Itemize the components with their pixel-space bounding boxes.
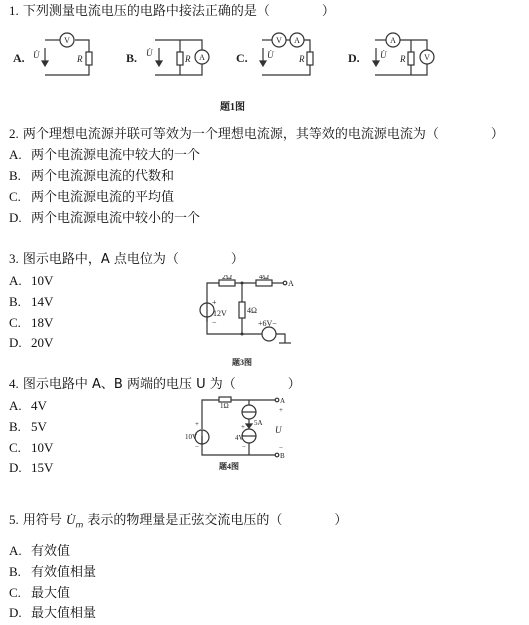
question-1-stem: 1. 下列测量电流电压的电路中接法正确的是（ ） xyxy=(9,3,335,20)
question-text: 图示电路中，A 点电位为（ ） xyxy=(23,252,244,267)
option-2b[interactable]: B.两个电流源电流的代数和 xyxy=(9,168,174,185)
svg-text:U: U xyxy=(275,425,282,435)
option-4d[interactable]: D.15V xyxy=(9,460,53,477)
svg-text:4Ω: 4Ω xyxy=(247,306,257,315)
svg-text:+: + xyxy=(241,423,245,431)
voltmeter-icon: V xyxy=(276,36,282,45)
question-number: 1. xyxy=(9,3,19,18)
svg-text:U̇: U̇ xyxy=(146,48,153,58)
svg-text:R: R xyxy=(184,54,191,64)
option-5b[interactable]: B.有效值相量 xyxy=(9,564,96,581)
figure-caption-q4: 题4图 xyxy=(219,461,239,472)
question-3-stem: 3. 图示电路中，A 点电位为（ ） xyxy=(9,251,244,268)
svg-text:4Ω: 4Ω xyxy=(259,275,269,281)
svg-text:+6V−: +6V− xyxy=(258,319,277,328)
question-5-stem: 5. 用符号 U̇m 表示的物理量是正弦交流电压的（ ） xyxy=(9,512,347,534)
question-text: 下列测量电流电压的电路中接法正确的是（ ） xyxy=(23,4,335,19)
option-5d[interactable]: D.最大值相量 xyxy=(9,605,96,622)
circuit-label-c: C. xyxy=(236,51,248,65)
svg-text:A: A xyxy=(288,279,294,288)
option-3d[interactable]: D.20V xyxy=(9,335,53,352)
option-2a[interactable]: A.两个电流源电流中较大的一个 xyxy=(9,147,200,164)
figure-caption-q1: 题1图 xyxy=(220,98,245,113)
question-2-stem: 2. 两个理想电流源并联可等效为一个理想电流源，其等效的电流源电流为（ ） xyxy=(9,126,504,143)
option-3b[interactable]: B.14V xyxy=(9,294,53,311)
circuit-label-a: A. xyxy=(13,51,25,65)
option-4a[interactable]: A.4V xyxy=(9,398,47,415)
figure-q4-circuit: 1Ω A + B − 10V + − 5A 4V + − U xyxy=(175,393,295,463)
figure-caption-q3: 题3图 xyxy=(232,357,252,368)
svg-text:+: + xyxy=(212,298,217,307)
question-text: 图示电路中 A、B 两端的电压 U 为（ ） xyxy=(23,377,301,392)
figure-q3-circuit: 2Ω 4Ω A 4Ω + 12V − +6V− xyxy=(195,275,305,355)
ammeter-icon: A xyxy=(294,36,300,45)
svg-text:1Ω: 1Ω xyxy=(220,402,229,410)
svg-text:10V: 10V xyxy=(185,433,197,441)
option-3c[interactable]: C.18V xyxy=(9,315,53,332)
question-number: 2. xyxy=(9,126,19,141)
option-4c[interactable]: C.10V xyxy=(9,440,53,457)
option-3a[interactable]: A.10V xyxy=(9,273,53,290)
svg-text:5A: 5A xyxy=(254,419,263,427)
svg-text:R: R xyxy=(399,54,406,64)
option-5c[interactable]: C.最大值 xyxy=(9,585,70,602)
voltmeter-icon: V xyxy=(64,36,70,45)
option-2c[interactable]: C.两个电流源电流的平均值 xyxy=(9,189,174,206)
question-number: 3. xyxy=(9,251,19,266)
svg-text:U̇: U̇ xyxy=(380,50,387,60)
question-text: 两个理想电流源并联可等效为一个理想电流源，其等效的电流源电流为（ ） xyxy=(23,127,504,142)
option-4b[interactable]: B.5V xyxy=(9,419,47,436)
circuit-label-d: D. xyxy=(348,51,360,65)
svg-text:4V: 4V xyxy=(235,434,244,442)
svg-text:12V: 12V xyxy=(213,309,227,318)
svg-text:B: B xyxy=(280,452,285,460)
svg-text:−: − xyxy=(195,443,199,451)
figure-q1-circuits: V A V A A V A. B. C. D. U̇ R U̇ R U̇ R U… xyxy=(0,28,529,80)
question-number: 5. xyxy=(9,512,19,527)
svg-text:R: R xyxy=(298,54,305,64)
ammeter-icon: A xyxy=(199,53,205,62)
option-5a[interactable]: A.有效值 xyxy=(9,543,70,560)
svg-text:U̇: U̇ xyxy=(33,50,40,60)
voltmeter-icon: V xyxy=(424,53,430,62)
svg-text:+: + xyxy=(195,420,199,428)
ammeter-icon: A xyxy=(390,36,396,45)
svg-text:U̇: U̇ xyxy=(267,50,274,60)
svg-text:−: − xyxy=(279,444,283,452)
question-number: 4. xyxy=(9,376,19,391)
svg-text:+: + xyxy=(279,406,283,414)
question-4-stem: 4. 图示电路中 A、B 两端的电压 U 为（ ） xyxy=(9,376,301,393)
svg-text:−: − xyxy=(212,318,217,327)
svg-text:A: A xyxy=(280,397,285,405)
svg-text:−: − xyxy=(242,443,246,451)
option-2d[interactable]: D.两个电流源电流中较小的一个 xyxy=(9,210,200,227)
svg-text:2Ω: 2Ω xyxy=(222,275,232,281)
circuit-label-b: B. xyxy=(126,51,137,65)
svg-text:R: R xyxy=(76,54,83,64)
